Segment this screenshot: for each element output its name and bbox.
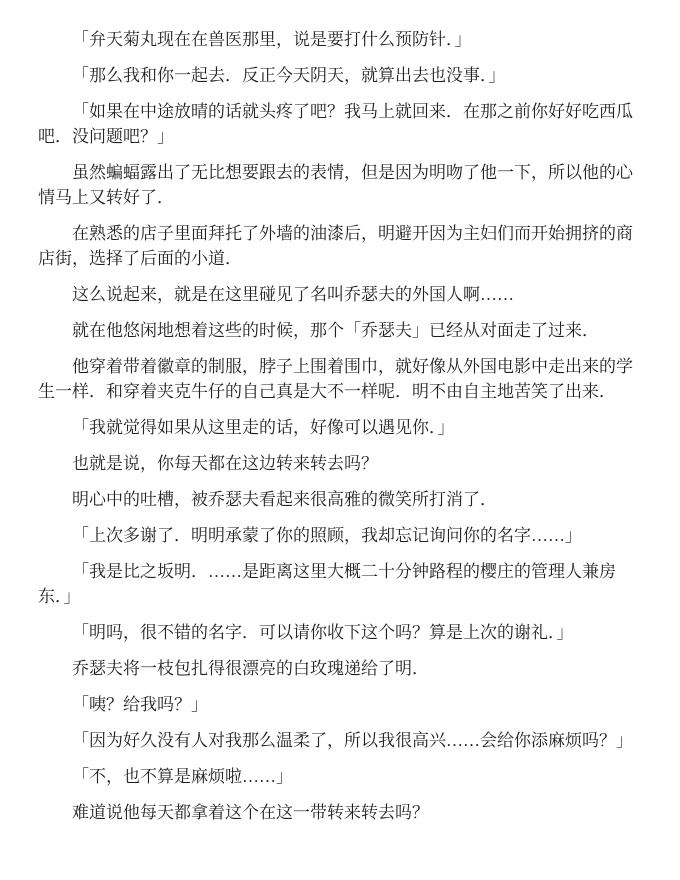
paragraph: 「如果在中途放晴的话就头疼了吧？我马上就回来．在那之前你好好吃西瓜吧．没问题吧？… xyxy=(38,99,648,149)
paragraph: 「不，也不算是麻烦啦……」 xyxy=(38,764,648,789)
paragraph: 难道说他每天都拿着这个在这一带转来转去吗？ xyxy=(38,800,648,825)
paragraph: 「我就觉得如果从这里走的话，好像可以遇见你．」 xyxy=(38,415,648,440)
paragraph: 也就是说，你每天都在这边转来转去吗？ xyxy=(38,451,648,476)
novel-page: 「弁天菊丸现在在兽医那里，说是要打什么预防针．」 「那么我和你一起去．反正今天阴… xyxy=(0,0,680,880)
paragraph: 「我是比之坂明．……是距离这里大概二十分钟路程的樱庄的管理人兼房东．」 xyxy=(38,559,648,609)
paragraph: 「明吗，很不错的名字．可以请你收下这个吗？算是上次的谢礼．」 xyxy=(38,620,648,645)
paragraph: 这么说起来，就是在这里碰见了名叫乔瑟夫的外国人啊…… xyxy=(38,282,648,307)
paragraph: 「因为好久没有人对我那么温柔了，所以我很高兴……会给你添麻烦吗？」 xyxy=(38,728,648,753)
paragraph: 「那么我和你一起去．反正今天阴天，就算出去也没事．」 xyxy=(38,63,648,88)
paragraph: 「弁天菊丸现在在兽医那里，说是要打什么预防针．」 xyxy=(38,27,648,52)
paragraph: 就在他悠闲地想着这些的时候，那个「乔瑟夫」已经从对面走了过来． xyxy=(38,318,648,343)
paragraph: 明心中的吐槽，被乔瑟夫看起来很高雅的微笑所打消了． xyxy=(38,487,648,512)
paragraph: 乔瑟夫将一枝包扎得很漂亮的白玫瑰递给了明． xyxy=(38,656,648,681)
paragraph: 他穿着带着徽章的制服，脖子上围着围巾，就好像从外国电影中走出来的学生一样．和穿着… xyxy=(38,354,648,404)
paragraph: 虽然蝙蝠露出了无比想要跟去的表情，但是因为明吻了他一下，所以他的心情马上又转好了… xyxy=(38,160,648,210)
paragraph: 在熟悉的店子里面拜托了外墙的油漆后，明避开因为主妇们而开始拥挤的商店街，选择了后… xyxy=(38,221,648,271)
paragraph: 「咦？给我吗？」 xyxy=(38,692,648,717)
paragraph: 「上次多谢了．明明承蒙了你的照顾，我却忘记询问你的名字……」 xyxy=(38,523,648,548)
